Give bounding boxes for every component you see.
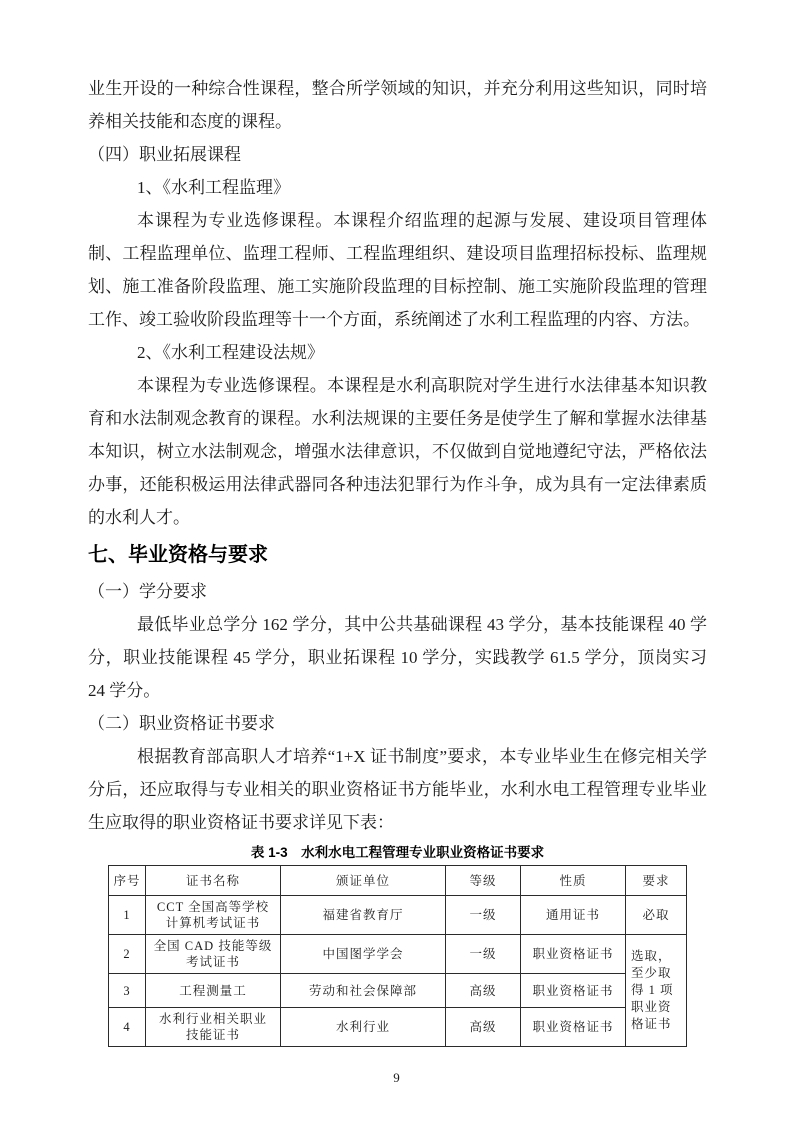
credit-requirements-paragraph: 最低毕业总学分 162 学分，其中公共基础课程 43 学分，基本技能课程 40 … — [88, 608, 707, 707]
cell-nature: 职业资格证书 — [521, 974, 626, 1008]
cell-certificate-name: 全国 CAD 技能等级 考试证书 — [146, 935, 281, 974]
table-row: 4 水利行业相关职业 技能证书 水利行业 高级 职业资格证书 — [109, 1008, 687, 1047]
course-2-description: 本课程为专业选修课程。本课程是水利高职院对学生进行水法律基本知识教育和水法制观念… — [88, 369, 707, 534]
cell-serial: 3 — [109, 974, 146, 1008]
paragraph-continuation: 业生开设的一种综合性课程，整合所学领域的知识，并充分利用这些知识，同时培养相关技… — [88, 72, 707, 138]
header-issuing-unit: 颁证单位 — [281, 866, 446, 896]
table-header-row: 序号 证书名称 颁证单位 等级 性质 要求 — [109, 866, 687, 896]
table-row: 3 工程测量工 劳动和社会保障部 高级 职业资格证书 — [109, 974, 687, 1008]
cell-certificate-name: 水利行业相关职业 技能证书 — [146, 1008, 281, 1047]
header-certificate-name: 证书名称 — [146, 866, 281, 896]
cell-issuing-unit: 中国图学学会 — [281, 935, 446, 974]
certificate-requirements-table: 序号 证书名称 颁证单位 等级 性质 要求 1 CCT 全国高等学校 计算机考试… — [108, 865, 687, 1047]
course-1-title: 1、《水利工程监理》 — [88, 171, 707, 204]
table-row: 1 CCT 全国高等学校 计算机考试证书 福建省教育厅 一级 通用证书 必取 — [109, 896, 687, 935]
page-number: 9 — [0, 1070, 793, 1086]
header-level: 等级 — [446, 866, 521, 896]
cell-level: 高级 — [446, 1008, 521, 1047]
cell-level: 一级 — [446, 935, 521, 974]
cell-requirement-merged: 选取，至少取得 1 项职业资格证书 — [626, 935, 687, 1047]
cell-level: 一级 — [446, 896, 521, 935]
cell-nature: 职业资格证书 — [521, 935, 626, 974]
cell-certificate-name: CCT 全国高等学校 计算机考试证书 — [146, 896, 281, 935]
document-body: 业生开设的一种综合性课程，整合所学领域的知识，并充分利用这些知识，同时培养相关技… — [88, 72, 707, 839]
certificate-requirements-paragraph: 根据教育部高职人才培养“1+X 证书制度”要求，本专业毕业生在修完相关学分后，还… — [88, 740, 707, 839]
course-2-title: 2、《水利工程建设法规》 — [88, 336, 707, 369]
cell-issuing-unit: 劳动和社会保障部 — [281, 974, 446, 1008]
table-row: 2 全国 CAD 技能等级 考试证书 中国图学学会 一级 职业资格证书 选取，至… — [109, 935, 687, 974]
cell-requirement: 必取 — [626, 896, 687, 935]
course-1-description: 本课程为专业选修课程。本课程介绍监理的起源与发展、建设项目管理体制、工程监理单位… — [88, 204, 707, 336]
cell-serial: 4 — [109, 1008, 146, 1047]
cell-level: 高级 — [446, 974, 521, 1008]
section-7-heading: 七、毕业资格与要求 — [88, 540, 707, 570]
cell-certificate-name: 工程测量工 — [146, 974, 281, 1008]
subsection-1-heading-credit-requirements: （一）学分要求 — [88, 575, 707, 608]
cell-issuing-unit: 福建省教育厅 — [281, 896, 446, 935]
subsection-2-heading-certificate-requirements: （二）职业资格证书要求 — [88, 707, 707, 740]
document-page: 业生开设的一种综合性课程，整合所学领域的知识，并充分利用这些知识，同时培养相关技… — [0, 0, 793, 1122]
cell-serial: 2 — [109, 935, 146, 974]
header-nature: 性质 — [521, 866, 626, 896]
cell-serial: 1 — [109, 896, 146, 935]
header-requirement: 要求 — [626, 866, 687, 896]
subsection-heading-career-expansion-courses: （四）职业拓展课程 — [88, 138, 707, 171]
header-serial-number: 序号 — [109, 866, 146, 896]
cell-issuing-unit: 水利行业 — [281, 1008, 446, 1047]
table-caption: 表 1-3 水利水电工程管理专业职业资格证书要求 — [88, 843, 707, 863]
cell-nature: 通用证书 — [521, 896, 626, 935]
cell-nature: 职业资格证书 — [521, 1008, 626, 1047]
